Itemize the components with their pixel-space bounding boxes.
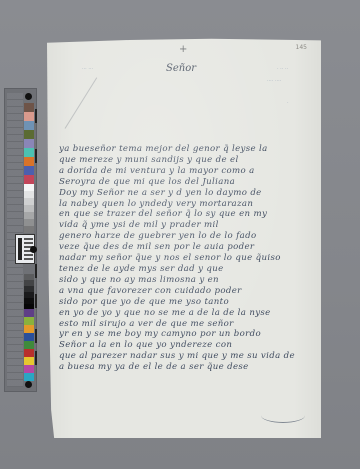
letter-line: en que se trazer del señor q̃ lo sy que …	[59, 209, 311, 220]
color-patch	[24, 365, 34, 373]
color-patch	[24, 166, 34, 175]
letter-line: tenez de le ayde mys ser dad y que	[59, 264, 311, 275]
color-patches-bottom	[24, 309, 34, 381]
color-patch	[24, 212, 34, 219]
cross-mark: +	[179, 44, 187, 55]
signature-flourish	[261, 408, 305, 423]
letter-line: que al parezer nadar sus y mi que y me s…	[59, 351, 311, 362]
color-patch	[24, 148, 34, 157]
color-patch	[24, 121, 34, 130]
letter-line: Doy my Señor ne a ser y d yen lo daymo d…	[59, 188, 311, 199]
color-patch	[24, 357, 34, 365]
tick	[35, 264, 37, 278]
letter-body: ya bueseñor tema mejor del genor q̃ leys…	[59, 144, 311, 373]
letter-line: Señor a la en lo que yo yndereze con	[59, 340, 311, 351]
gray-ramp	[24, 184, 34, 233]
letter-line: veze q̃ue des de mil sen por le auia pod…	[59, 242, 311, 253]
color-calibration-target	[4, 88, 37, 392]
letter-line: sido por que yo de que me yso tanto	[59, 297, 311, 308]
color-patch	[24, 205, 34, 212]
faint-pen-stroke	[65, 77, 98, 128]
tick	[35, 109, 37, 123]
tick	[35, 149, 37, 163]
color-patch	[24, 349, 34, 357]
letter-line: yr en y se me boy my camyno por un bordo	[59, 329, 311, 340]
color-patches-top	[24, 103, 34, 184]
faint-note: · ·· ··	[277, 66, 288, 72]
folio-number: 145	[296, 44, 307, 51]
color-patch	[24, 325, 34, 333]
registration-dot-middle	[30, 246, 37, 253]
color-patch	[24, 333, 34, 341]
color-patch	[24, 373, 34, 381]
registration-dot-bottom	[25, 381, 32, 388]
tick	[35, 351, 37, 365]
color-patch	[24, 157, 34, 166]
tick	[35, 294, 37, 308]
letter-line: a dorida de mi vent̃ura y la mayor como …	[59, 166, 311, 177]
letter-line: Seroyra de que mi que los del Juliana	[59, 177, 311, 188]
color-patch	[24, 130, 34, 139]
letter-line: sido y que no ay mas limosna y en	[59, 275, 311, 286]
color-patch	[24, 191, 34, 198]
color-patch	[24, 317, 34, 325]
letter-line: nadar my señor q̃ue y nos el senor lo qu…	[59, 253, 311, 264]
faint-note: ··· ···	[82, 66, 93, 72]
letter-line: ya bueseñor tema mejor del genor q̃ leys…	[59, 144, 311, 155]
color-patch	[24, 219, 34, 226]
color-patch	[24, 309, 34, 317]
manuscript-page: 145 + Señor ··· ··· · ·· ·· ···· ···· · …	[47, 38, 321, 438]
color-patch	[24, 103, 34, 112]
faint-note: ···· ····	[267, 78, 281, 84]
color-patch	[24, 198, 34, 205]
letter-line: a buesa my ya de el le de a ser q̃ue des…	[59, 362, 311, 373]
letter-line: que mereze y muni sandijs y que de el	[59, 155, 311, 166]
letter-line: vida q̃ yme ysi de mil y prader mil	[59, 220, 311, 231]
faint-note: ·	[287, 100, 289, 106]
letter-line: la nabey quen lo yndedy very mortarazan	[59, 199, 311, 210]
tick	[35, 329, 37, 343]
letter-line: genero harze de guebrer yen lo de lo fad…	[59, 231, 311, 242]
letter-line: esto mil sirujo a ver de que me señor	[59, 319, 311, 330]
letter-line: en yo de yo y que no se me a de la de la…	[59, 308, 311, 319]
registration-dot-top	[25, 93, 32, 100]
color-patch	[24, 139, 34, 148]
color-patch	[24, 184, 34, 191]
dark-ramp	[24, 274, 34, 310]
salutation: Señor	[166, 63, 196, 74]
color-patch	[24, 341, 34, 349]
letter-line: a vna que favorezer con cuidado poder	[59, 286, 311, 297]
color-patch	[24, 112, 34, 121]
color-patch	[24, 226, 34, 233]
color-patch	[24, 175, 34, 184]
